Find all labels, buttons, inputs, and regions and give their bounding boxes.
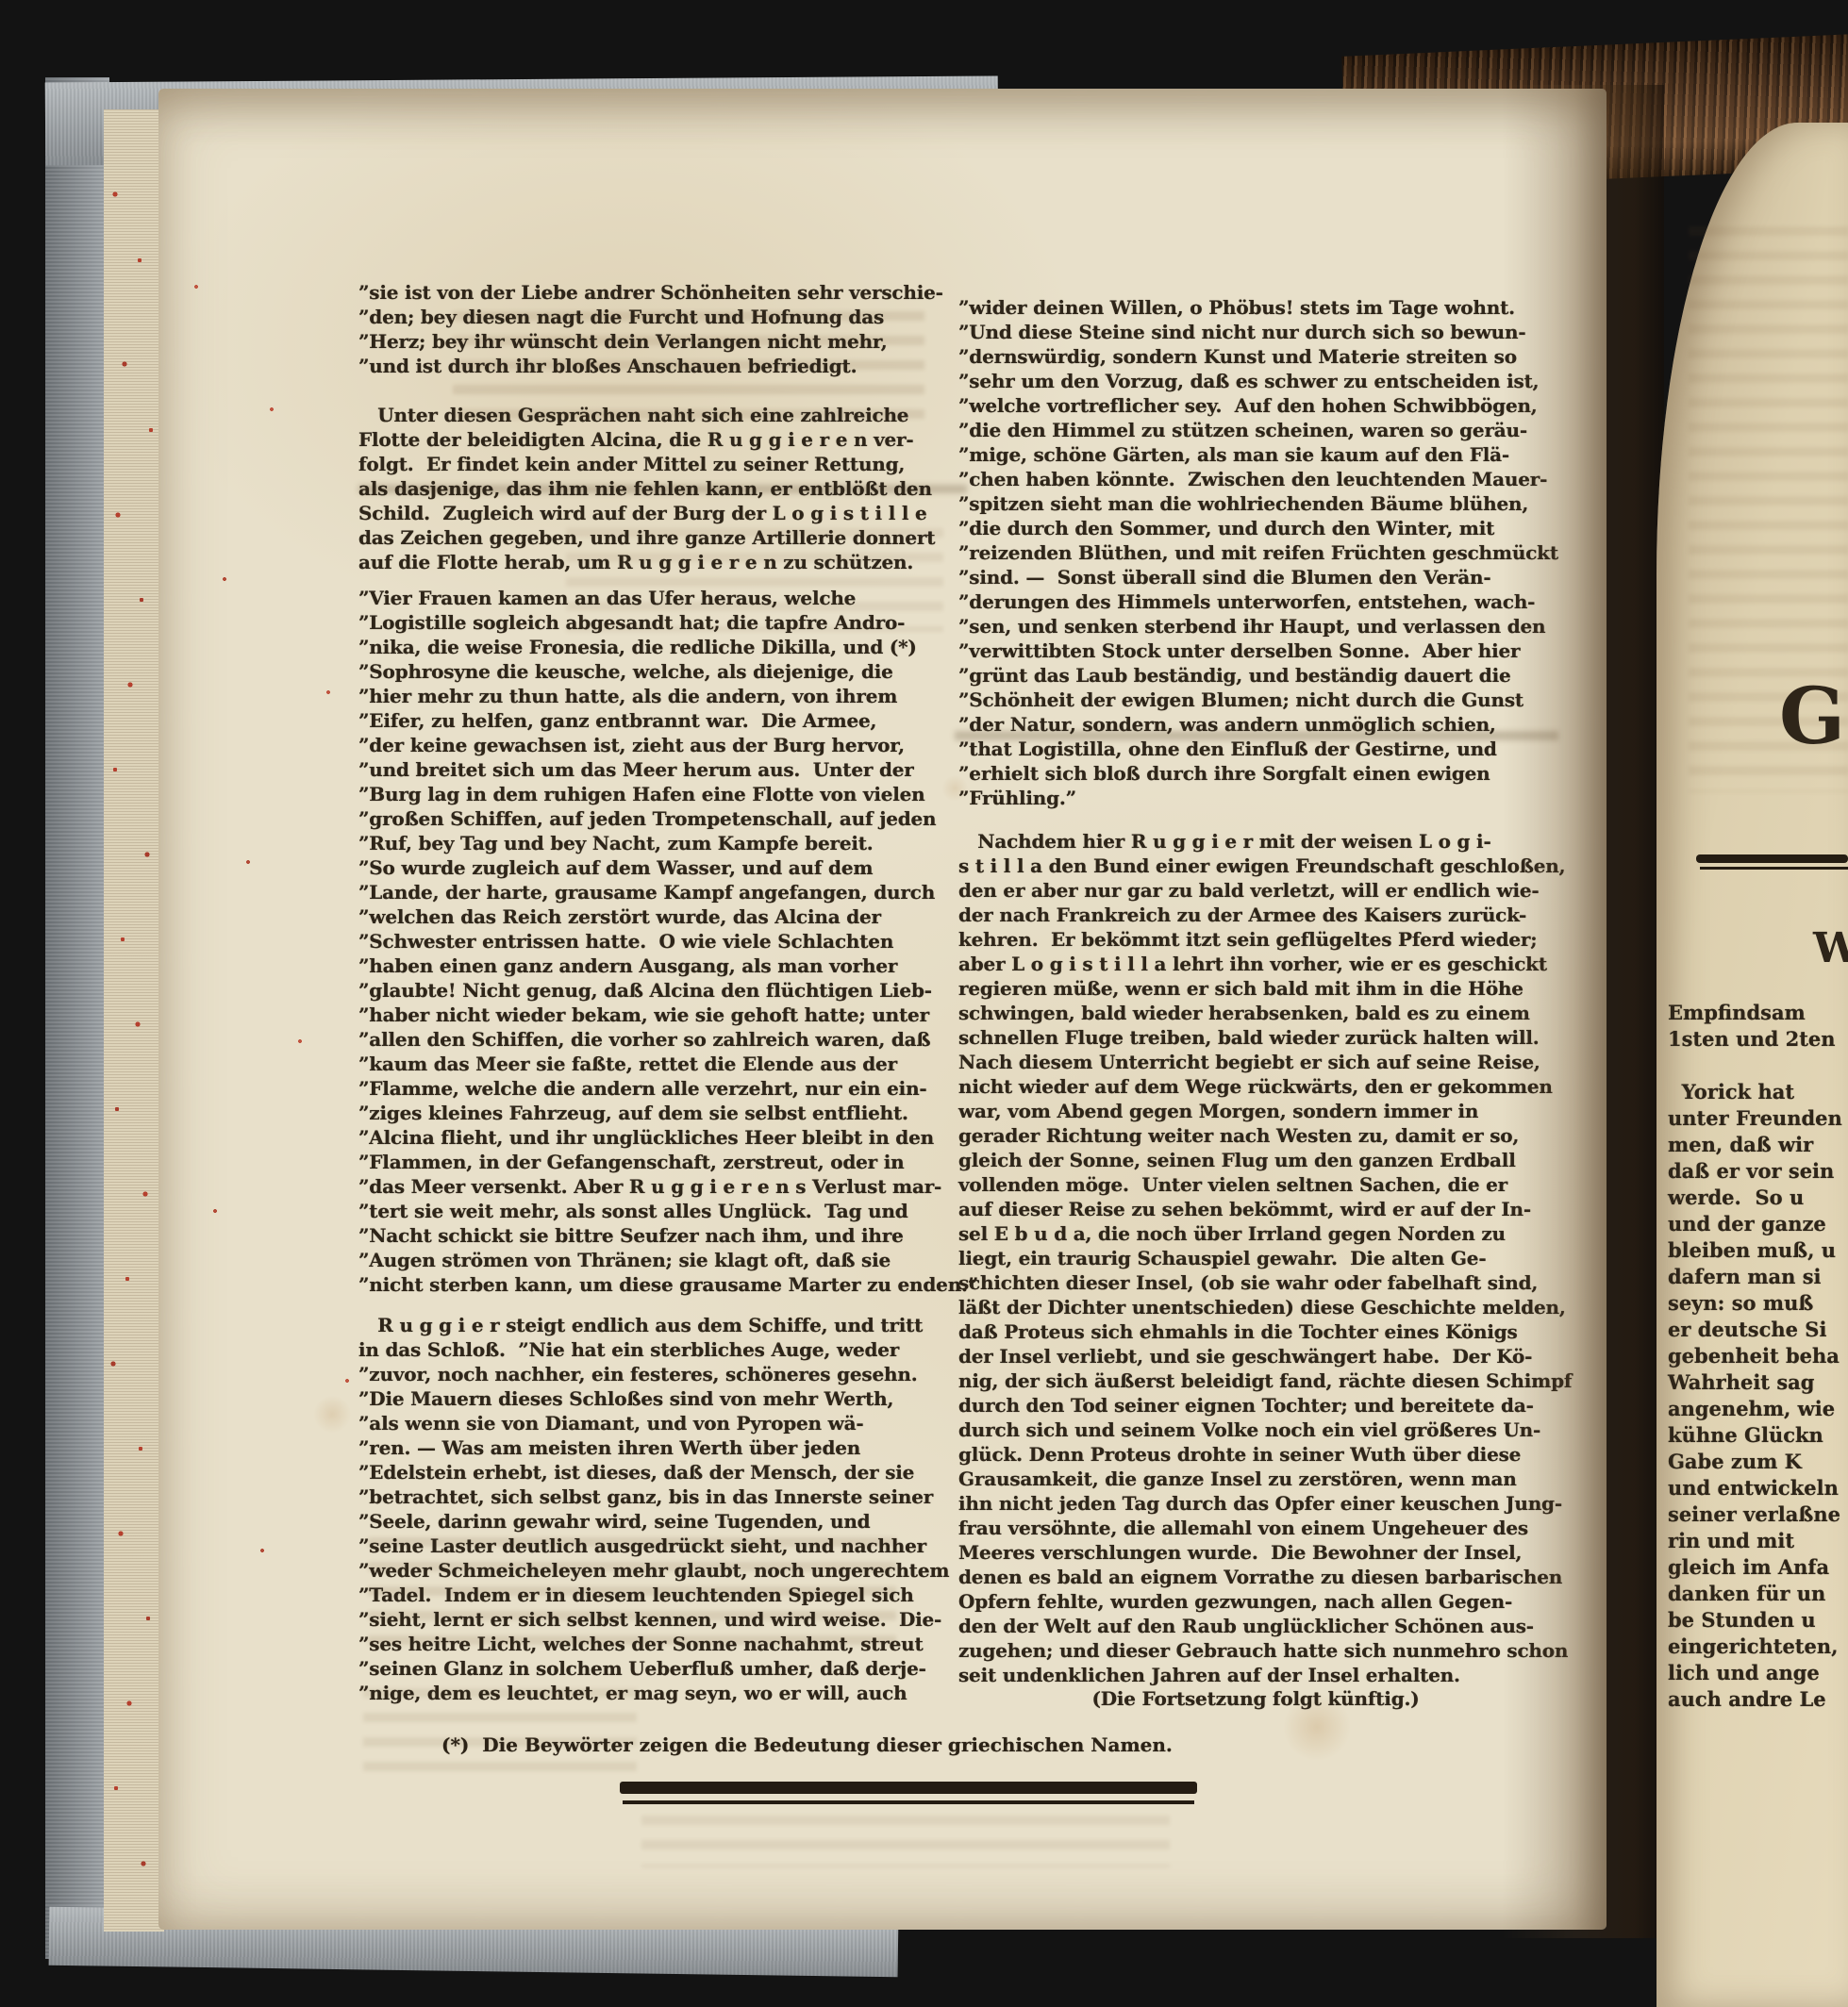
text-line: ”der keine gewachsen ist, zieht aus der … (358, 733, 967, 757)
text-line: liegt, ein traurig Schauspiel gewahr. Di… (958, 1246, 1567, 1270)
text-line: rin und mit (1668, 1528, 1848, 1554)
text-line: ”hier mehr zu thun hatte, als die andern… (358, 684, 967, 708)
text-line: ”Schwester entrissen hatte. O wie viele … (358, 929, 967, 954)
text-line: ”kaum das Meer sie faßte, rettet die Ele… (358, 1052, 967, 1076)
left-column-paragraph-1: ”sie ist von der Liebe andrer Schönheite… (358, 280, 967, 378)
text-line: ”dernswürdig, sondern Kunst und Materie … (958, 344, 1567, 369)
text-line: und entwickeln (1668, 1475, 1848, 1501)
text-line: regieren müße, wenn er sich bald mit ihm… (958, 976, 1567, 1001)
text-line: Grausamkeit, die ganze Insel zu zerstöre… (958, 1467, 1567, 1491)
text-line: sel E b u d a, die noch über Irrland geg… (958, 1221, 1567, 1246)
text-line: in das Schloß. ”Nie hat ein sterbliches … (358, 1337, 967, 1362)
text-line: Yorick hat (1668, 1079, 1848, 1105)
text-line: seiner verlaßne (1668, 1501, 1848, 1528)
text-line: R u g g i e r steigt endlich aus dem Sch… (358, 1313, 967, 1337)
section-rule-thin (623, 1800, 1194, 1804)
text-line: kühne Glückn (1668, 1422, 1848, 1449)
text-line: ”der Natur, sondern, was andern unmöglic… (958, 712, 1567, 737)
right-page-heading-rule (1696, 854, 1848, 863)
book-cover-cloth-left (45, 77, 109, 1959)
text-line: ”erhielt sich bloß durch ihre Sorgfalt e… (958, 761, 1567, 786)
text-line: ”als wenn sie von Diamant, und von Pyrop… (358, 1411, 967, 1435)
text-line: ”chen haben könnte. Zwischen den leuchte… (958, 467, 1567, 491)
text-line: auf die Flotte herab, um R u g g i e r e… (358, 550, 967, 574)
text-line: nicht wieder auf dem Wege rückwärts, den… (958, 1074, 1567, 1099)
text-line: ”Vier Frauen kamen an das Ufer heraus, w… (358, 586, 967, 610)
text-line: ”wider deinen Willen, o Phöbus! stets im… (958, 295, 1567, 320)
text-line: daß er vor sein (1668, 1158, 1848, 1185)
text-line: Flotte der beleidigten Alcina, die R u g… (358, 427, 967, 452)
text-line: denen es bald an eignem Vorrathe zu dies… (958, 1565, 1567, 1589)
text-line: ”nicht sterben kann, um diese grausame M… (358, 1272, 967, 1297)
text-line: ”Frühling.” (958, 786, 1567, 810)
text-line: ”Sophrosyne die keusche, welche, als die… (358, 659, 967, 684)
text-line (1668, 1053, 1848, 1079)
text-line: schnellen Fluge treiben, bald wieder zur… (958, 1025, 1567, 1050)
text-line: daß Proteus sich ehmahls in die Tochter … (958, 1319, 1567, 1344)
text-line: ”und ist durch ihr bloßes Anschauen befr… (358, 354, 967, 378)
right-page-text-fragment: Empfindsam1sten und 2ten Yorick hatunter… (1668, 1000, 1848, 1713)
text-line: ”grünt das Laub beständig, und beständig… (958, 663, 1567, 688)
text-line: ”Eifer, zu helfen, ganz entbrannt war. D… (358, 708, 967, 733)
text-line: ”Ruf, bey Tag und bey Nacht, zum Kampfe … (358, 831, 967, 855)
text-line: Unter diesen Gesprächen naht sich eine z… (358, 403, 967, 427)
text-line: men, daß wir (1668, 1132, 1848, 1158)
text-line: ”Schönheit der ewigen Blumen; nicht durc… (958, 688, 1567, 712)
text-line: kehren. Er bekömmt itzt sein geflügeltes… (958, 927, 1567, 952)
text-line: auch andre Le (1668, 1686, 1848, 1713)
text-line: Opfern fehlte, wurden gezwungen, nach al… (958, 1589, 1567, 1614)
text-line: läßt der Dichter unentschieden) diese Ge… (958, 1295, 1567, 1319)
text-line: ”sind. — Sonst überall sind die Blumen d… (958, 565, 1567, 589)
right-column-paragraph-1: ”wider deinen Willen, o Phöbus! stets im… (958, 295, 1567, 810)
text-line: zugehen; und dieser Gebrauch hatte sich … (958, 1638, 1567, 1663)
text-line: be Stunden u (1668, 1607, 1848, 1634)
right-page-heading-rule-thin (1700, 867, 1848, 870)
text-line: ”die durch den Sommer, und durch den Win… (958, 516, 1567, 540)
text-line: ”seine Laster deutlich ausgedrückt sieht… (358, 1534, 967, 1558)
text-line: ”nige, dem es leuchtet, er mag seyn, wo … (358, 1681, 967, 1705)
text-line: schwingen, bald wieder herabsenken, bald… (958, 1001, 1567, 1025)
text-line: ”haber nicht wieder bekam, wie sie gehof… (358, 1003, 967, 1027)
text-line: werde. So u (1668, 1185, 1848, 1211)
left-column-paragraph-3: ”Vier Frauen kamen an das Ufer heraus, w… (358, 586, 967, 1297)
text-line: ”Herz; bey ihr wünscht dein Verlangen ni… (358, 329, 967, 354)
text-line: ”Seele, darinn gewahr wird, seine Tugend… (358, 1509, 967, 1534)
text-line: ”reizenden Blüthen, und mit reifen Früch… (958, 540, 1567, 565)
text-line: den er aber nur gar zu bald verletzt, wi… (958, 878, 1567, 903)
text-line: ”derungen des Himmels unterworfen, entst… (958, 589, 1567, 614)
text-line: ”spitzen sieht man die wohlriechenden Bä… (958, 491, 1567, 516)
page-stack-fore-edge (104, 109, 164, 1932)
text-line: lich und ange (1668, 1660, 1848, 1686)
text-line: ”welchen das Reich zerstört wurde, das A… (358, 904, 967, 929)
text-line: Gabe zum K (1668, 1449, 1848, 1475)
text-line: ”haben einen ganz andern Ausgang, als ma… (358, 954, 967, 978)
text-line: ”ziges kleines Fahrzeug, auf dem sie sel… (358, 1101, 967, 1125)
text-line: ”glaubte! Nicht genug, daß Alcina den fl… (358, 978, 967, 1003)
text-line: seyn: so muß (1668, 1290, 1848, 1317)
text-line: bleiben muß, u (1668, 1237, 1848, 1264)
text-line: gebenheit beha (1668, 1343, 1848, 1369)
text-line: ”sen, und senken sterbend ihr Haupt, und… (958, 614, 1567, 639)
text-line: ”die den Himmel zu stützen scheinen, war… (958, 418, 1567, 442)
continuation-notice-text: (Die Fortsetzung folgt künftig.) (958, 1686, 1553, 1711)
text-line: er deutsche Si (1668, 1317, 1848, 1343)
text-line: eingerichteten, (1668, 1634, 1848, 1660)
text-line: ”weder Schmeicheleyen mehr glaubt, noch … (358, 1558, 967, 1583)
text-line: ”ses heitre Licht, welches der Sonne nac… (358, 1632, 967, 1656)
left-column-paragraph-4: R u g g i e r steigt endlich aus dem Sch… (358, 1313, 967, 1705)
left-column-paragraph-2: Unter diesen Gesprächen naht sich eine z… (358, 403, 967, 574)
book-scan-photo: ”sie ist von der Liebe andrer Schönheite… (0, 0, 1848, 2007)
text-line: und der ganze (1668, 1211, 1848, 1237)
right-column-paragraph-2: Nachdem hier R u g g i e r mit der weise… (958, 829, 1567, 1687)
text-line: ”nika, die weise Fronesia, die redliche … (358, 635, 967, 659)
text-line: s t i l l a den Bund einer ewigen Freund… (958, 854, 1567, 878)
text-line: ”Edelstein erhebt, ist dieses, daß der M… (358, 1460, 967, 1485)
text-line: ”Die Mauern dieses Schloßes sind von meh… (358, 1386, 967, 1411)
text-line: Schild. Zugleich wird auf der Burg der L… (358, 501, 967, 525)
text-line: schichten dieser Insel, (ob sie wahr ode… (958, 1270, 1567, 1295)
text-line: gerader Richtung weiter nach Westen zu, … (958, 1123, 1567, 1148)
text-line: ”Logistille sogleich abgesandt hat; die … (358, 610, 967, 635)
right-page-drop-cap: G (1779, 672, 1845, 762)
text-line: glück. Denn Proteus drohte in seiner Wut… (958, 1442, 1567, 1467)
text-line: ”Lande, der harte, grausame Kampf angefa… (358, 880, 967, 904)
text-line: danken für un (1668, 1581, 1848, 1607)
text-line: gleich der Sonne, seinen Flug um den gan… (958, 1148, 1567, 1172)
text-line: das Zeichen gegeben, und ihre ganze Arti… (358, 525, 967, 550)
text-line: ”seinen Glanz in solchem Ueberfluß umher… (358, 1656, 967, 1681)
text-line: ”sie ist von der Liebe andrer Schönheite… (358, 280, 967, 305)
text-line: ”tert sie weit mehr, als sonst alles Ung… (358, 1199, 967, 1223)
text-line: vollenden möge. Unter vielen seltnen Sac… (958, 1172, 1567, 1197)
footnote: (*) Die Beywörter zeigen die Bedeutung d… (441, 1733, 1173, 1756)
text-line: Empfindsam (1668, 1000, 1848, 1026)
continuation-notice: (Die Fortsetzung folgt künftig.) (958, 1686, 1553, 1711)
text-line: ”Nacht schickt sie bittre Seufzer nach i… (358, 1223, 967, 1248)
text-line: ”das Meer versenkt. Aber R u g g i e r e… (358, 1174, 967, 1199)
text-line: ”Flamme, welche die andern alle verzehrt… (358, 1076, 967, 1101)
text-line: seit undenklichen Jahren auf der Insel e… (958, 1663, 1567, 1687)
text-line: aber L o g i s t i l l a lehrt ihn vorhe… (958, 952, 1567, 976)
text-line: war, vom Abend gegen Morgen, sondern imm… (958, 1099, 1567, 1123)
text-line: ”that Logistilla, ohne den Einfluß der G… (958, 737, 1567, 761)
text-line: ”Tadel. Indem er in diesem leuchtenden S… (358, 1583, 967, 1607)
text-line: dafern man si (1668, 1264, 1848, 1290)
text-line: durch sich und seinem Volke noch ein vie… (958, 1418, 1567, 1442)
text-line: ”betrachtet, sich selbst ganz, bis in da… (358, 1485, 967, 1509)
section-rule-thick (620, 1782, 1197, 1794)
text-line: ”mige, schöne Gärten, als man sie kaum a… (958, 442, 1567, 467)
text-line: ”großen Schiffen, auf jeden Trompetensch… (358, 806, 967, 831)
text-line: Nach diesem Unterricht begiebt er sich a… (958, 1050, 1567, 1074)
text-line: durch den Tod seiner eignen Tochter; und… (958, 1393, 1567, 1418)
text-line: der nach Frankreich zu der Armee des Kai… (958, 903, 1567, 927)
text-line: Wahrheit sag (1668, 1369, 1848, 1396)
text-line: angenehm, wie (1668, 1396, 1848, 1422)
text-line: den der Welt auf den Raub unglücklicher … (958, 1614, 1567, 1638)
text-line: Nachdem hier R u g g i e r mit der weise… (958, 829, 1567, 854)
text-line: nig, der sich äußerst beleidigt fand, rä… (958, 1368, 1567, 1393)
text-line: unter Freunden (1668, 1105, 1848, 1132)
text-line: gleich im Anfa (1668, 1554, 1848, 1581)
text-line: ”ren. — Was am meisten ihren Werth über … (358, 1435, 967, 1460)
text-line: ”Flammen, in der Gefangenschaft, zerstre… (358, 1150, 967, 1174)
text-line: ”Augen strömen von Thränen; sie klagt of… (358, 1248, 967, 1272)
text-line: der Insel verliebt, und sie geschwängert… (958, 1344, 1567, 1368)
text-line: ihn nicht jeden Tag durch das Opfer eine… (958, 1491, 1567, 1516)
text-line: 1sten und 2ten (1668, 1026, 1848, 1053)
text-line: ”Und diese Steine sind nicht nur durch s… (958, 320, 1567, 344)
text-line: ”Alcina flieht, und ihr unglückliches He… (358, 1125, 967, 1150)
text-line: ”den; bey diesen nagt die Furcht und Hof… (358, 305, 967, 329)
text-line: als dasjenige, das ihm nie fehlen kann, … (358, 476, 967, 501)
text-line: ”sehr um den Vorzug, daß es schwer zu en… (958, 369, 1567, 393)
text-line: ”sieht, lernt er sich selbst kennen, und… (358, 1607, 967, 1632)
text-line: ”zuvor, noch nachher, ein festeres, schö… (358, 1362, 967, 1386)
text-line: ”verwittibten Stock unter derselben Sonn… (958, 639, 1567, 663)
text-line: folgt. Er findet kein ander Mittel zu se… (358, 452, 967, 476)
text-line: ”allen den Schiffen, die vorher so zahlr… (358, 1027, 967, 1052)
text-line: ”welche vortreflicher sey. Auf den hohen… (958, 393, 1567, 418)
text-line: frau versöhnte, die allemahl von einem U… (958, 1516, 1567, 1540)
text-line: Meeres verschlungen wurde. Die Bewohner … (958, 1540, 1567, 1565)
text-line: ”So wurde zugleich auf dem Wasser, und a… (358, 855, 967, 880)
text-line: ”und breitet sich um das Meer herum aus.… (358, 757, 967, 782)
text-line: ”Burg lag in dem ruhigen Hafen eine Flot… (358, 782, 967, 806)
right-page-heading-initial: W (1813, 924, 1848, 972)
text-line: auf dieser Reise zu sehen bekömmt, wird … (958, 1197, 1567, 1221)
